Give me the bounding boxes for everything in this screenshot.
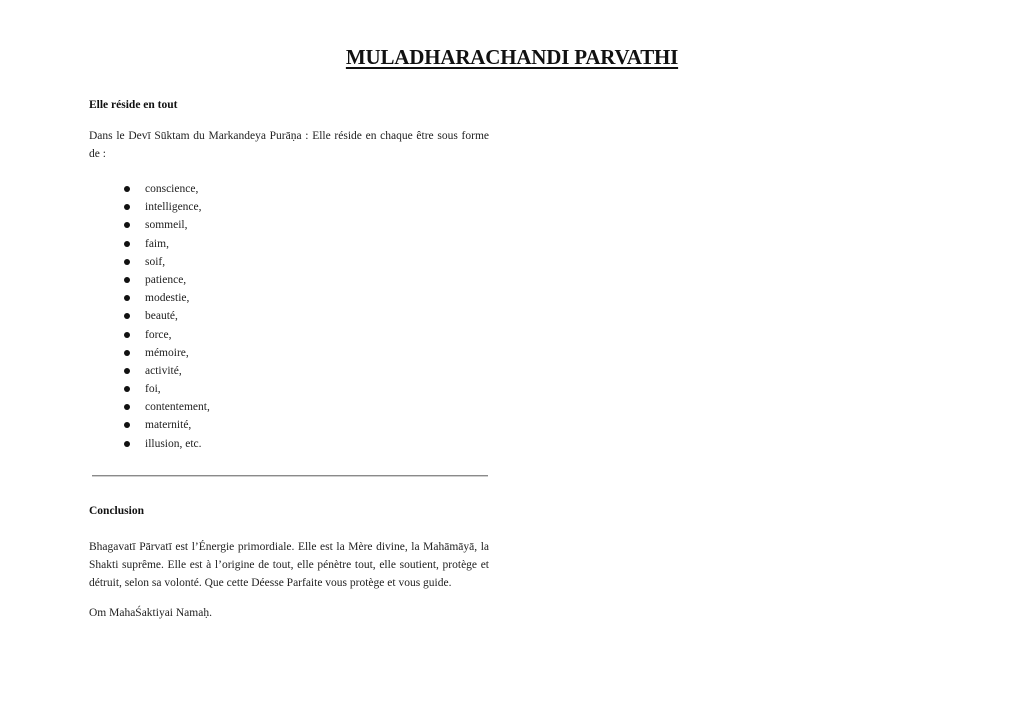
horizontal-divider bbox=[92, 475, 488, 477]
bullet-icon bbox=[124, 259, 130, 265]
bullet-icon bbox=[124, 222, 130, 228]
list-item: force, bbox=[89, 326, 489, 344]
section-conclusion: Conclusion Bhagavatī Pārvatī est l’Énerg… bbox=[89, 502, 489, 622]
list-item-text: modestie, bbox=[145, 292, 189, 304]
list-item: faim, bbox=[89, 235, 489, 253]
list-item: foi, bbox=[89, 380, 489, 398]
bullet-icon bbox=[124, 404, 130, 410]
list-item: conscience, bbox=[89, 180, 489, 198]
list-item: contentement, bbox=[89, 398, 489, 416]
bullet-icon bbox=[124, 332, 130, 338]
bullet-icon bbox=[124, 386, 130, 392]
bullet-icon bbox=[124, 350, 130, 356]
bullet-icon bbox=[124, 186, 130, 192]
bullet-icon bbox=[124, 313, 130, 319]
list-item-text: sommeil, bbox=[145, 219, 188, 231]
list-item-text: illusion, etc. bbox=[145, 438, 202, 450]
document-title: MULADHARACHANDI PARVATHI bbox=[0, 45, 1024, 70]
list-item-text: intelligence, bbox=[145, 201, 202, 213]
list-item-text: patience, bbox=[145, 274, 186, 286]
intro-paragraph: Dans le Devī Sūktam du Markandeya Purāṇa… bbox=[89, 127, 489, 163]
list-item-text: force, bbox=[145, 329, 172, 341]
bullet-icon bbox=[124, 295, 130, 301]
bullet-icon bbox=[124, 441, 130, 447]
conclusion-paragraph: Bhagavatī Pārvatī est l’Énergie primordi… bbox=[89, 538, 489, 592]
list-item-text: contentement, bbox=[145, 401, 210, 413]
document-page: MULADHARACHANDI PARVATHI Elle réside en … bbox=[0, 0, 1024, 724]
list-item-text: maternité, bbox=[145, 419, 191, 431]
qualities-list: conscience,intelligence,sommeil,faim,soi… bbox=[89, 180, 489, 453]
list-item: patience, bbox=[89, 271, 489, 289]
list-item: illusion, etc. bbox=[89, 435, 489, 453]
list-item-text: conscience, bbox=[145, 183, 198, 195]
list-item: beauté, bbox=[89, 307, 489, 325]
list-item: intelligence, bbox=[89, 198, 489, 216]
list-item: activité, bbox=[89, 362, 489, 380]
section-heading: Elle réside en tout bbox=[89, 96, 489, 114]
list-item-text: activité, bbox=[145, 365, 182, 377]
bullet-icon bbox=[124, 368, 130, 374]
list-item-text: faim, bbox=[145, 238, 169, 250]
list-item-text: foi, bbox=[145, 383, 161, 395]
list-item: modestie, bbox=[89, 289, 489, 307]
bullet-icon bbox=[124, 277, 130, 283]
bullet-icon bbox=[124, 422, 130, 428]
list-item-text: beauté, bbox=[145, 310, 178, 322]
list-item-text: mémoire, bbox=[145, 347, 189, 359]
section-resides-in-all: Elle réside en tout Dans le Devī Sūktam … bbox=[89, 96, 489, 453]
bullet-icon bbox=[124, 204, 130, 210]
list-item: soif, bbox=[89, 253, 489, 271]
list-item: maternité, bbox=[89, 416, 489, 434]
bullet-icon bbox=[124, 241, 130, 247]
list-item-text: soif, bbox=[145, 256, 165, 268]
conclusion-heading: Conclusion bbox=[89, 502, 489, 520]
list-item: sommeil, bbox=[89, 216, 489, 234]
mantra-line: Om MahaŚaktiyai Namaḥ. bbox=[89, 604, 489, 622]
list-item: mémoire, bbox=[89, 344, 489, 362]
